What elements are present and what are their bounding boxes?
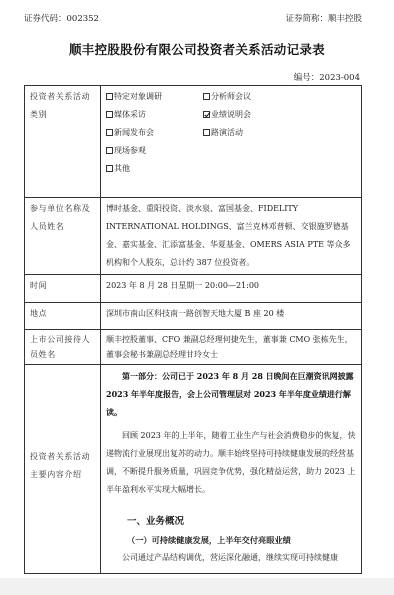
document-page: 证券代码：002352 证券简称：顺丰控股 顺丰控股股份有限公司投资者关系活动记…	[0, 0, 394, 578]
place-value: 深圳市南山区科技南一路创智天地大厦 B 座 20 楼	[101, 303, 362, 330]
stock-code-label: 证券代码：	[24, 14, 67, 24]
stock-name-value: 顺丰控股	[328, 14, 362, 24]
stock-code-value: 002352	[67, 14, 99, 24]
content-label: 投资者关系活动主要内容介绍	[25, 365, 101, 574]
stock-code: 证券代码：002352	[24, 12, 99, 24]
content-paragraph-2: 公司通过产品结构调优，营运深化融通，继续实现可持续健康	[106, 549, 358, 567]
document-header: 证券代码：002352 证券简称：顺丰控股	[24, 12, 362, 24]
stock-name-label: 证券简称：	[285, 14, 328, 24]
checkbox-unchecked-icon	[106, 111, 113, 118]
time-label: 时间	[25, 275, 101, 303]
doc-number-label: 编号：	[294, 73, 320, 83]
section-subheading-sustainable-growth: （一）可持续健康发展，上半年交付亮眼业绩	[106, 531, 358, 549]
table-row-content: 投资者关系活动主要内容介绍 第一部分：公司已于 2023 年 8 月 28 日晚…	[25, 365, 362, 574]
checkbox-option-site-visit[interactable]: 现场参观	[106, 142, 203, 160]
table-row-participants: 参与单位名称及人员姓名 博时基金、重阳投资、淡水泉、富国基金、FIDELITY …	[25, 198, 362, 275]
section-heading-business-overview: 一、业务概况	[106, 513, 358, 531]
content-body: 第一部分：公司已于 2023 年 8 月 28 日晚间在巨潮资讯网披露 2023…	[101, 365, 362, 574]
reception-value: 顺丰控股董事、CFO 兼副总经理何捷先生，董事兼 CMO 张栋先生，董事会秘书兼…	[101, 330, 362, 365]
content-paragraph-1: 回顾 2023 年的上半年，随着工业生产与社会消费稳步的恢复，快递物流行业展现出…	[106, 427, 358, 499]
activity-type-label: 投资者关系活动类别	[25, 86, 101, 198]
checkbox-option-research[interactable]: 特定对象调研	[106, 88, 203, 106]
checkbox-unchecked-icon	[203, 93, 210, 100]
reception-label: 上市公司接待人员姓名	[25, 330, 101, 365]
participants-value: 博时基金、重阳投资、淡水泉、富国基金、FIDELITY INTERNATIONA…	[101, 198, 362, 275]
time-value: 2023 年 8 月 28 日星期一 20:00—21:00	[101, 275, 362, 303]
table-row-time: 时间 2023 年 8 月 28 日星期一 20:00—21:00	[25, 275, 362, 303]
checkbox-option-press-conference[interactable]: 新闻发布会	[106, 124, 203, 142]
document-number: 编号：2023-004	[294, 71, 360, 83]
table-row-activity-type: 投资者关系活动类别 特定对象调研 分析师会议 媒体采访 业绩说明会 新闻发布会 …	[25, 86, 362, 198]
checkbox-unchecked-icon	[106, 93, 113, 100]
record-table: 投资者关系活动类别 特定对象调研 分析师会议 媒体采访 业绩说明会 新闻发布会 …	[24, 85, 362, 574]
checkbox-unchecked-icon	[203, 129, 210, 136]
checkbox-option-analyst-meeting[interactable]: 分析师会议	[203, 88, 293, 106]
checkbox-option-roadshow[interactable]: 路演活动	[203, 124, 293, 142]
checkbox-unchecked-icon	[106, 129, 113, 136]
participants-label: 参与单位名称及人员姓名	[25, 198, 101, 275]
place-label: 地点	[25, 303, 101, 330]
table-row-reception: 上市公司接待人员姓名 顺丰控股董事、CFO 兼副总经理何捷先生，董事兼 CMO …	[25, 330, 362, 365]
doc-number-value: 2023-004	[319, 73, 360, 83]
checkbox-unchecked-icon	[106, 147, 113, 154]
checkbox-option-earnings-call[interactable]: 业绩说明会	[203, 106, 293, 124]
table-row-place: 地点 深圳市南山区科技南一路创智天地大厦 B 座 20 楼	[25, 303, 362, 330]
checkbox-checked-icon	[203, 111, 210, 118]
checkbox-option-media-interview[interactable]: 媒体采访	[106, 106, 203, 124]
stock-name: 证券简称：顺丰控股	[285, 12, 362, 24]
content-part1-summary: 第一部分：公司已于 2023 年 8 月 28 日晚间在巨潮资讯网披露 2023…	[106, 367, 358, 421]
activity-type-options: 特定对象调研 分析师会议 媒体采访 业绩说明会 新闻发布会 路演活动 现场参观 …	[101, 86, 362, 198]
checkbox-unchecked-icon	[106, 165, 113, 172]
checkbox-option-other[interactable]: 其他	[106, 160, 203, 178]
document-title: 顺丰控股股份有限公司投资者关系活动记录表	[0, 40, 394, 58]
